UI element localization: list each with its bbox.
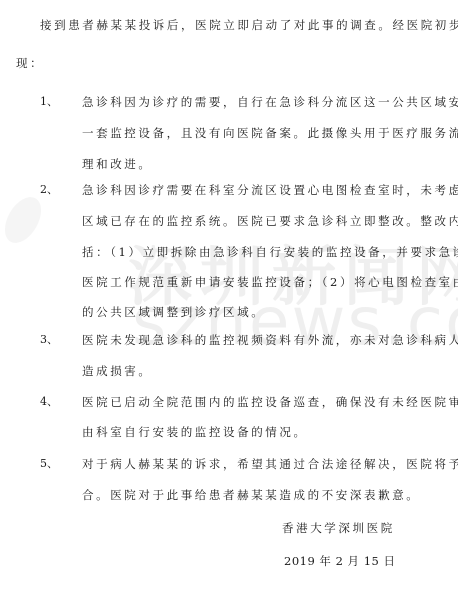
- item-text-line: 对于病人赫某某的诉求，希望其通过合法途径解决，医院将予以配: [82, 457, 458, 471]
- intro-line-2: 现：: [16, 56, 44, 70]
- item-text-line: 医院工作规范重新申请安装监控设备；（2）将心电图检查室由目前: [82, 275, 458, 289]
- watermark-logo-icon: [0, 191, 48, 249]
- item-number: 2、: [40, 183, 58, 197]
- document-page: 深圳新闻网 sznews.com 接到患者赫某某投诉后，医院立即启动了对此事的调…: [0, 0, 458, 589]
- item-number: 1、: [40, 95, 58, 109]
- item-text-line: 医院已启动全院范围内的监控设备巡查，确保没有未经医院审批而: [82, 395, 458, 409]
- signature-organization: 香港大学深圳医院: [282, 521, 395, 535]
- item-text-line: 造成损害。: [82, 364, 153, 378]
- item-number: 4、: [40, 395, 58, 409]
- item-number: 3、: [40, 333, 58, 347]
- signature-date: 2019 年 2 月 15 日: [284, 554, 396, 568]
- item-number: 5、: [40, 457, 58, 471]
- item-text-line: 医院未发现急诊科的监控视频资料有外流，亦未对急诊科病人隐私: [82, 333, 458, 347]
- item-text-line: 合。医院对于此事给患者赫某某造成的不安深表歉意。: [82, 488, 420, 502]
- item-text-line: 括：（1）立即拆除由急诊科自行安装的监控设备，并要求急诊科按: [82, 245, 458, 259]
- item-text-line: 的公共区域调整到诊疗区域。: [82, 305, 265, 319]
- item-text-line: 急诊科因为诊疗的需要，自行在急诊科分流区这一公共区域安装了: [82, 95, 458, 109]
- item-text-line: 急诊科因诊疗需要在科室分流区设置心电图检查室时，未考虑到该: [82, 183, 458, 197]
- item-text-line: 由科室自行安装的监控设备的情况。: [82, 425, 308, 439]
- item-text-line: 一套监控设备，且没有向医院备案。此摄像头用于医疗服务流程管: [82, 126, 458, 140]
- item-text-line: 理和改进。: [82, 157, 153, 171]
- watermark-english: sznews.com: [132, 283, 458, 360]
- item-text-line: 区域已存在的监控系统。医院已要求急诊科立即整改。整改内容包: [82, 214, 458, 228]
- intro-line-1: 接到患者赫某某投诉后，医院立即启动了对此事的调查。经医院初步调查发: [40, 18, 458, 32]
